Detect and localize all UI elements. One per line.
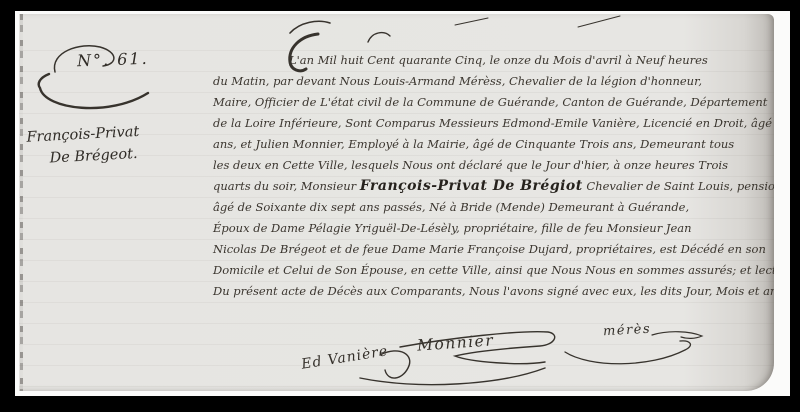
body-line-9: Époux de Dame Pélagie Yriguël-De-Lésèly,… bbox=[213, 218, 774, 239]
opening-swash-arc-icon bbox=[290, 21, 330, 33]
vaniere-underline-icon bbox=[360, 368, 545, 385]
scanner-background: N°. 61. François-Privat De Brégeot. L'an… bbox=[15, 11, 790, 396]
register-page: N°. 61. François-Privat De Brégeot. L'an… bbox=[19, 14, 774, 391]
mayor-tail-flourish-icon bbox=[652, 332, 702, 339]
featured-line-prefix: quarts du soir, Monsieur bbox=[213, 179, 360, 193]
opening-swash-curl-icon bbox=[368, 33, 390, 42]
body-line-7-featured: quarts du soir, Monsieur François-Privat… bbox=[213, 176, 774, 197]
page-left-edge bbox=[20, 14, 23, 391]
mayor-underline-oval-icon bbox=[565, 341, 690, 364]
body-line-10: Nicolas De Brégeot et de feue Dame Marie… bbox=[213, 239, 774, 260]
margin-smile-flourish-icon bbox=[39, 74, 148, 108]
featured-line-suffix: Chevalier de Saint Louis, pensionnaire, bbox=[583, 179, 774, 193]
margin-deceased-name: François-Privat De Brégeot. bbox=[26, 117, 208, 170]
stray-stroke-2-icon bbox=[578, 16, 620, 27]
body-line-2: du Matin, par devant Nous Louis-Armand M… bbox=[213, 71, 774, 92]
body-line-8: âgé de Soixante dix sept ans passés, Né … bbox=[213, 197, 774, 218]
body-line-5: ans, et Julien Monnier, Employé à la Mai… bbox=[213, 134, 774, 155]
body-line-12: Du présent acte de Décès aux Comparants,… bbox=[213, 281, 774, 302]
body-line-4: de la Loire Inférieure, Sont Comparus Me… bbox=[213, 113, 774, 134]
body-line-6: les deux en Cette Ville, lesquels Nous o… bbox=[213, 155, 774, 176]
body-line-3: Maire, Officier de L'état civil de la Co… bbox=[213, 92, 774, 113]
act-body-text: L'an Mil huit Cent quarante Cinq, le onz… bbox=[213, 50, 774, 302]
body-line-11: Domicile et Celui de Son Épouse, en cett… bbox=[213, 260, 774, 281]
scanned-death-record: N°. 61. François-Privat De Brégeot. L'an… bbox=[0, 0, 800, 412]
body-line-1: L'an Mil huit Cent quarante Cinq, le onz… bbox=[213, 50, 774, 71]
margin-name-line1: François-Privat bbox=[26, 124, 139, 146]
signature-mayor: mérès bbox=[603, 322, 652, 339]
stray-stroke-1-icon bbox=[455, 18, 488, 25]
signature-monnier: Monnier bbox=[416, 331, 494, 354]
act-number: N°. 61. bbox=[77, 49, 149, 70]
signature-vaniere: Ed Vanière bbox=[300, 343, 389, 373]
deceased-name-emphasis: François-Privat De Brégiot bbox=[360, 178, 583, 194]
